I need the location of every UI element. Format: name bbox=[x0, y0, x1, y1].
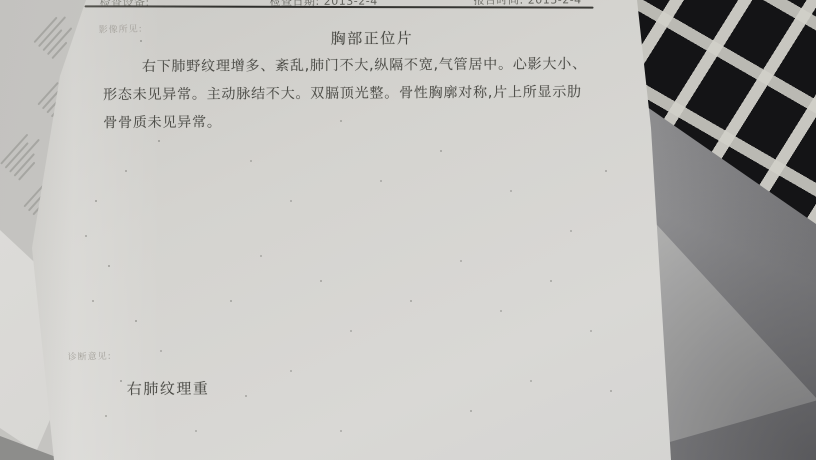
diagnosis-text: 右肺纹理重 bbox=[127, 378, 210, 400]
findings-line: 骨骨质未见异常。 bbox=[103, 111, 222, 132]
findings-line: 右下肺野纹理增多、紊乱,肺门不大,纵隔不宽,气管居中。心影大小、 bbox=[142, 53, 587, 76]
report-title: 胸部正位片 bbox=[331, 27, 414, 49]
photo-scene: 检查设备: 检查日期:2013-2-4 报告时间:2013-2-4 影像所见: … bbox=[0, 0, 816, 460]
findings-section-label: 影像所见: bbox=[99, 22, 143, 36]
findings-line: 形态未见异常。主动脉结不大。双膈顶光整。骨性胸廓对称,片上所显示肋 bbox=[103, 81, 582, 104]
diagnosis-section-label: 诊断意见: bbox=[68, 349, 112, 363]
